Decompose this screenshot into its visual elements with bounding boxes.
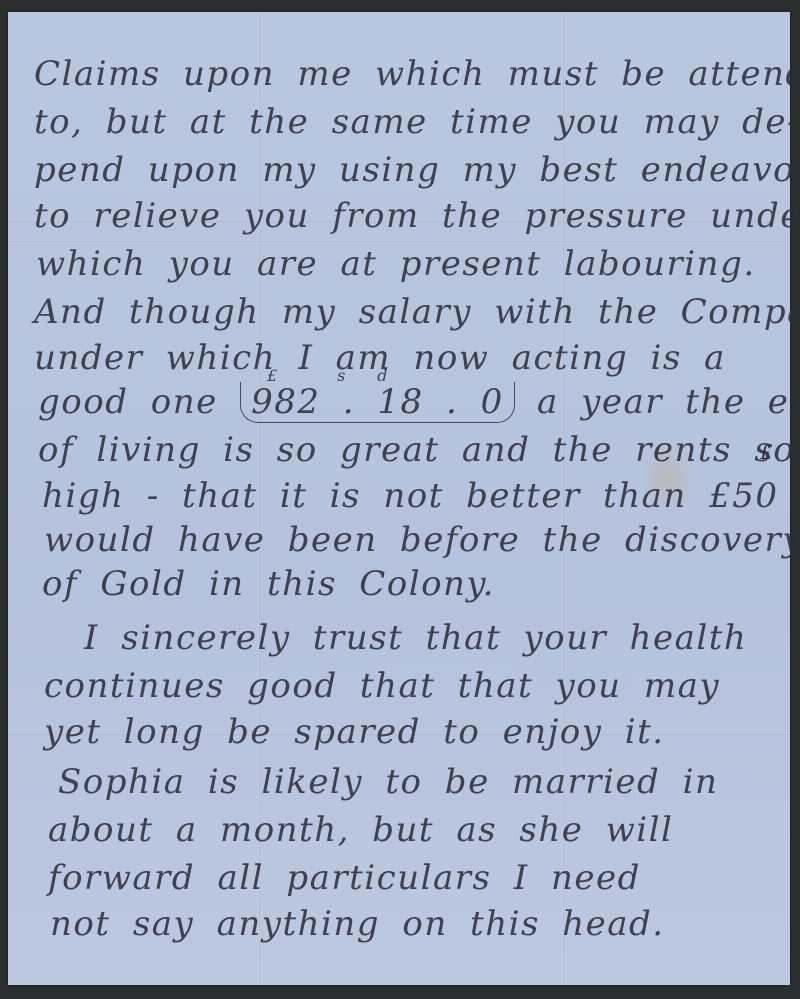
text-line-8: good one £ s d 982 . 18 . 0 a year the e… xyxy=(38,382,800,423)
text-line-3: pend upon my using my best endeavours xyxy=(34,150,800,190)
text-line-1: Claims upon me which must be attended xyxy=(34,54,800,94)
text-line-13: I sincerely trust that your health xyxy=(84,618,747,658)
text-line-2: to, but at the same time you may de- xyxy=(34,102,800,142)
text-line-9: of living is so great and the rents so xyxy=(38,430,795,470)
text-line-12: of Gold in this Colony. xyxy=(42,564,495,604)
text-line-6: And though my salary with the Company xyxy=(34,292,800,332)
fold-line-horizontal xyxy=(8,240,790,242)
text-line-10: high - that it is not better than £50 xyxy=(42,476,779,516)
pounds-symbol: £ xyxy=(267,366,279,385)
text-high: high - that it is not better than xyxy=(42,476,687,516)
pence-symbol: d xyxy=(377,366,389,385)
salary-amount-box: £ s d 982 . 18 . 0 xyxy=(240,382,515,423)
text-good-one: good one xyxy=(38,382,218,422)
text-line-16: Sophia is likely to be married in xyxy=(58,762,718,802)
text-line-15: yet long be spared to enjoy it. xyxy=(44,712,665,752)
text-a-year: a year the expense xyxy=(537,382,800,422)
shillings-symbol: s xyxy=(337,366,347,385)
letter-page: Claims upon me which must be attended to… xyxy=(8,12,790,985)
margin-note: £ xyxy=(760,440,773,464)
text-line-14: continues good that that you may xyxy=(44,666,720,706)
text-line-17: about a month, but as she will xyxy=(48,810,673,850)
comparison-amount: £50 xyxy=(709,476,778,516)
text-line-4: to relieve you from the pressure under xyxy=(34,196,800,236)
salary-amount: 982 . 18 . 0 xyxy=(251,382,504,422)
text-line-11: would have been before the discovery xyxy=(44,520,800,560)
text-line-5: which you are at present labouring. xyxy=(36,244,756,284)
text-line-18: forward all particulars I need xyxy=(48,858,641,898)
text-line-19: not say anything on this head. xyxy=(50,904,665,944)
